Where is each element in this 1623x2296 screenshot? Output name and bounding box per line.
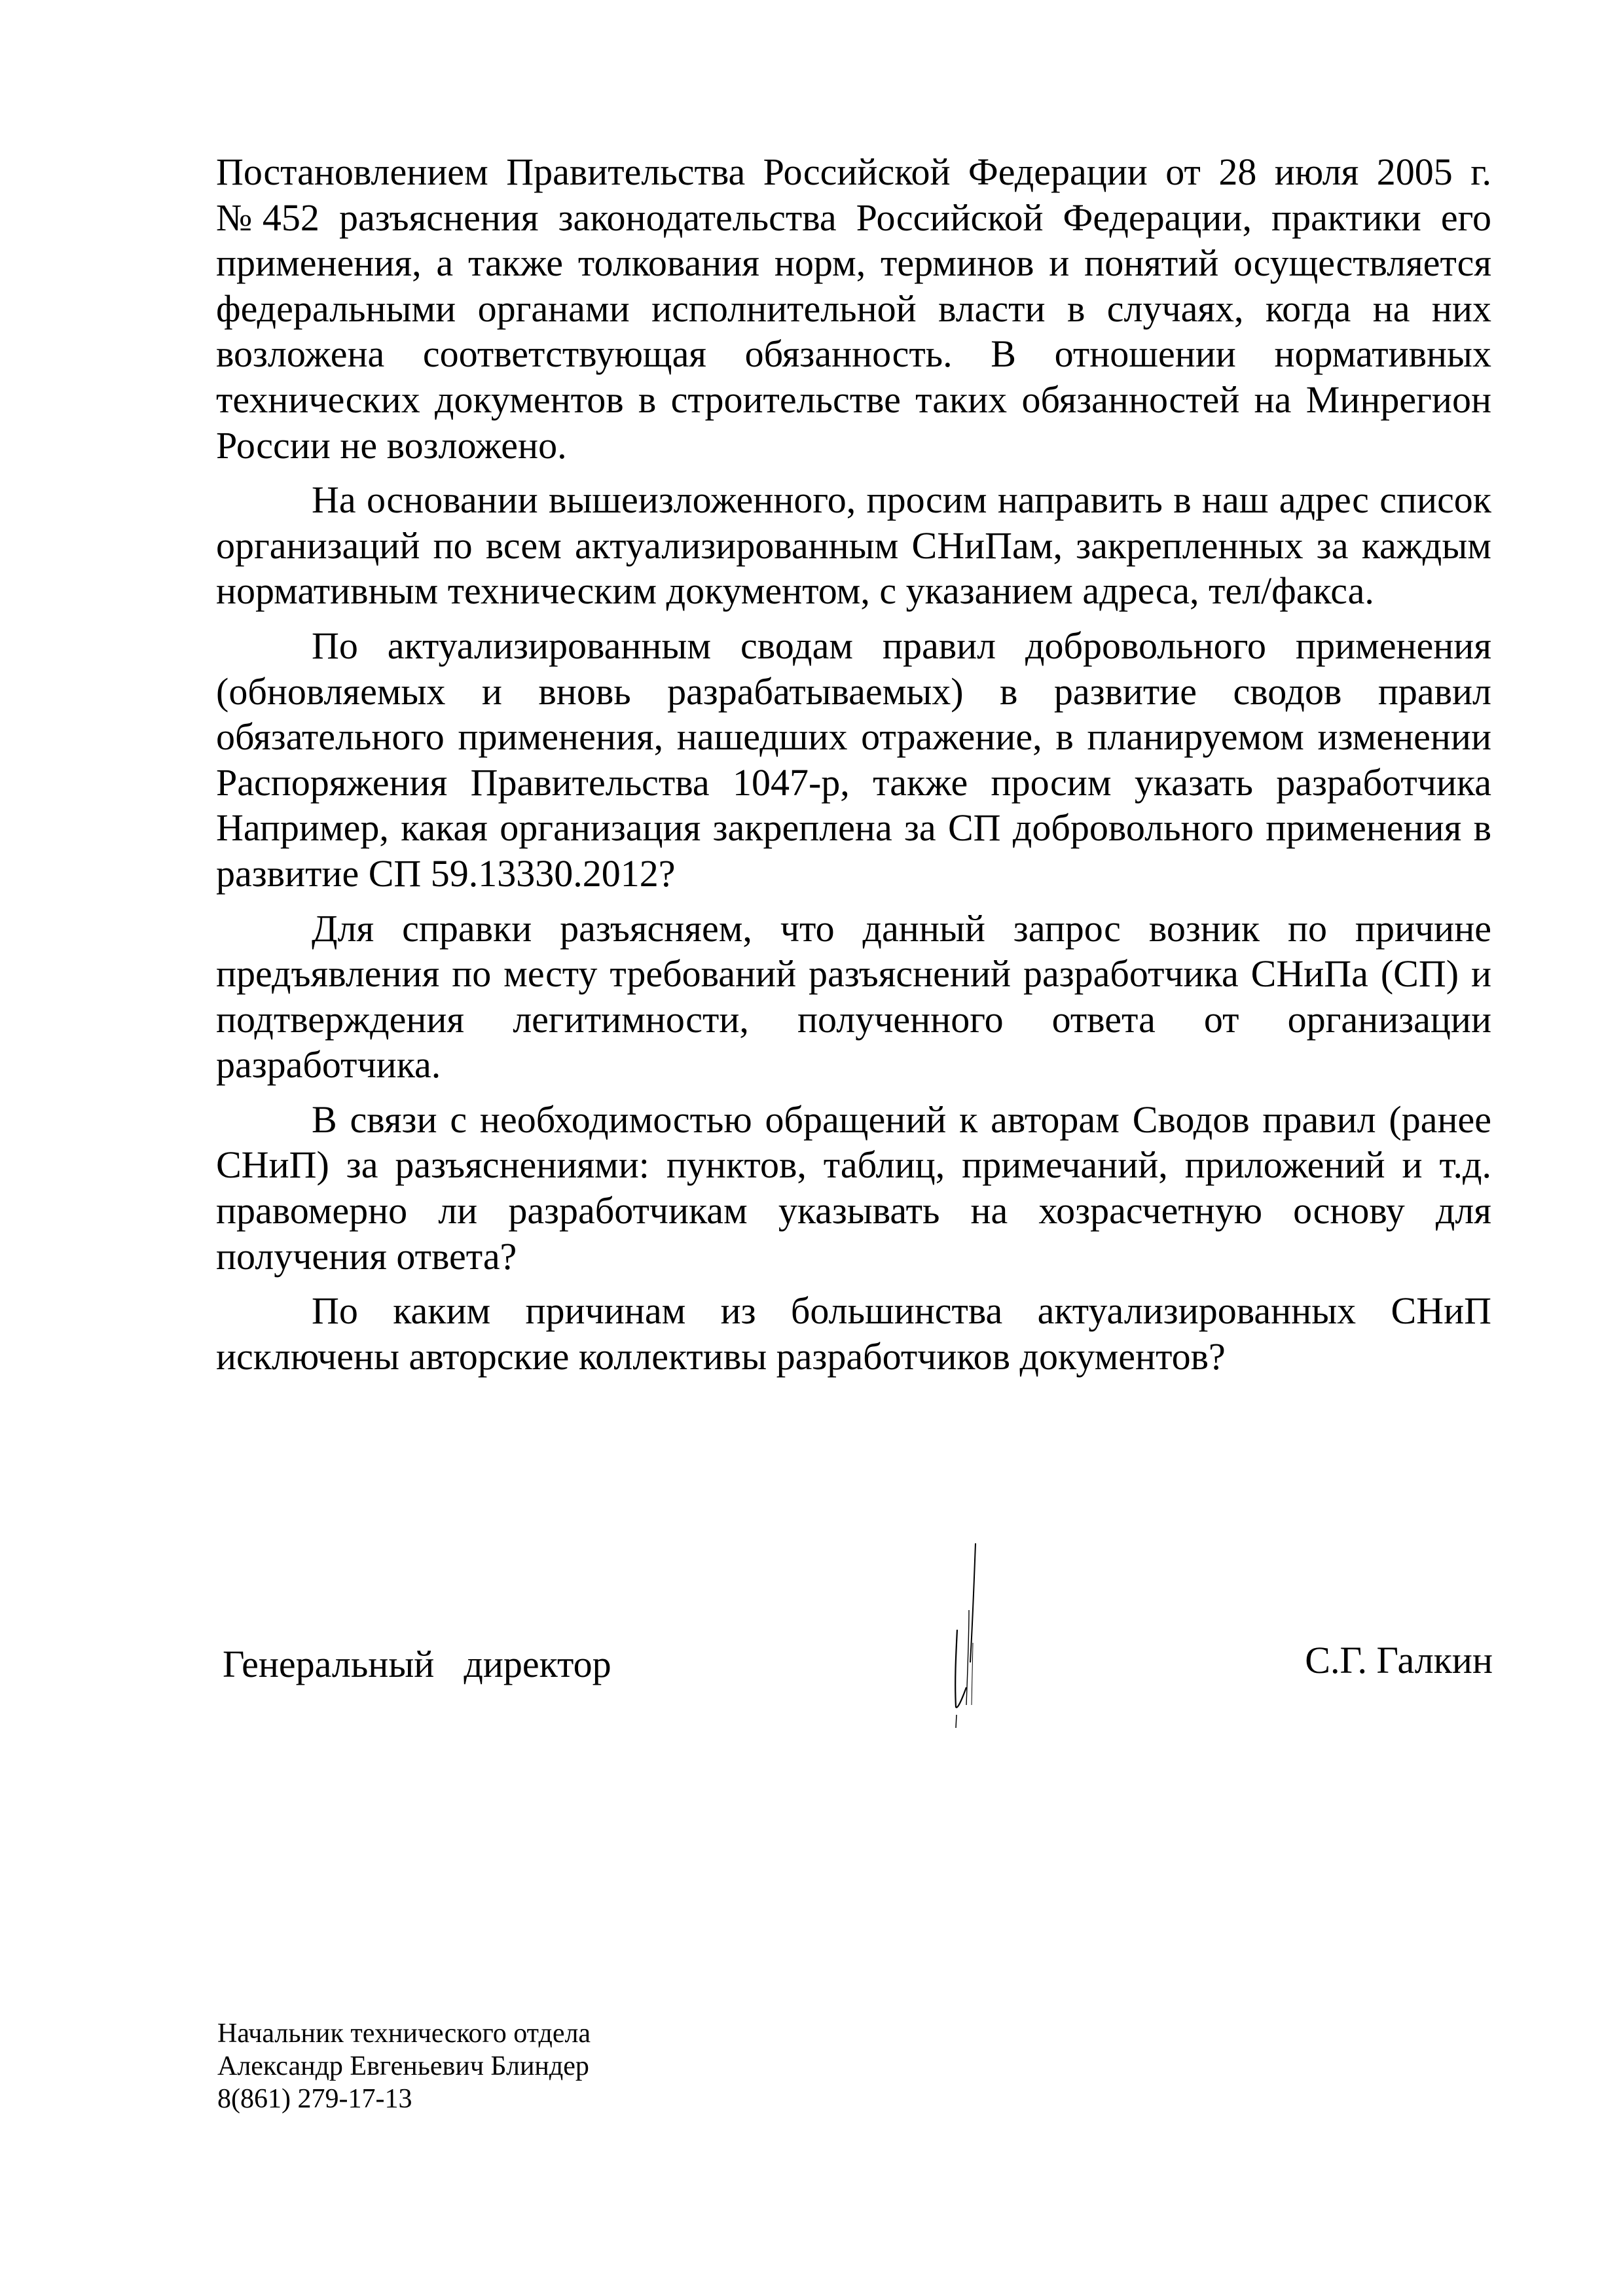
document-page: Постановлением Правительства Российской … xyxy=(0,0,1623,2296)
contact-footer: Начальник технического отдела Александр … xyxy=(217,2017,591,2115)
handwritten-signature-icon xyxy=(936,1538,1015,1748)
signatory-title: Генеральный директор xyxy=(223,1641,611,1687)
paragraph-2: На основании вышеизложенного, просим нап… xyxy=(216,477,1491,614)
paragraph-6: По каким причинам из большинства актуали… xyxy=(216,1288,1491,1379)
contact-phone: 8(861) 279-17-13 xyxy=(217,2083,591,2115)
contact-position: Начальник технического отдела xyxy=(217,2017,591,2050)
paragraph-3: По актуализированным сводам правил добро… xyxy=(216,623,1491,897)
contact-name: Александр Евгеньевич Блиндер xyxy=(217,2050,591,2083)
paragraph-1: Постановлением Правительства Российской … xyxy=(216,149,1491,468)
letter-body: Постановлением Правительства Российской … xyxy=(216,149,1491,1388)
signatory-name: С.Г. Галкин xyxy=(1305,1638,1493,1683)
signature-block: Генеральный директор С.Г. Галкин xyxy=(223,1630,1493,1761)
paragraph-5: В связи с необходимостью обращений к авт… xyxy=(216,1097,1491,1279)
paragraph-4: Для справки разъясняем, что данный запро… xyxy=(216,906,1491,1088)
